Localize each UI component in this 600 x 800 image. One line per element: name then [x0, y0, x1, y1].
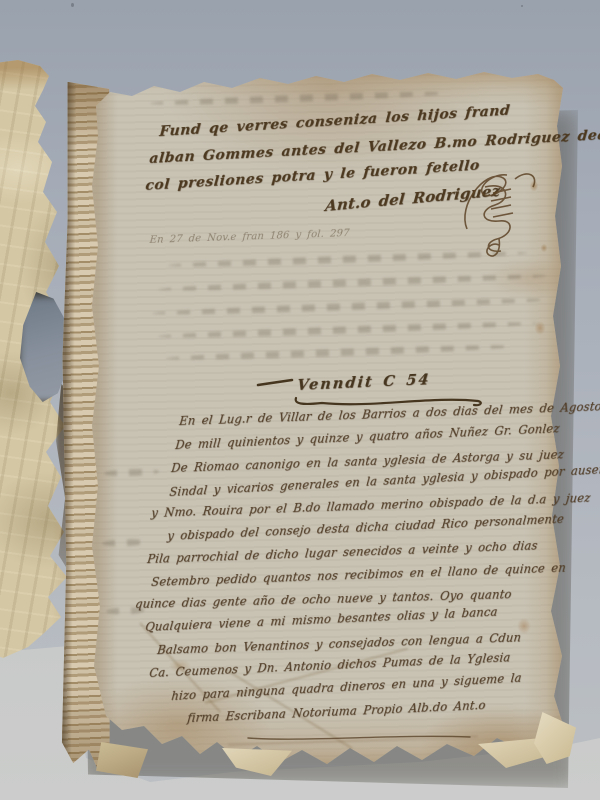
signature-rubric-flourish [455, 165, 550, 260]
wall-speck [521, 5, 523, 7]
manuscript-photo: Fund qe verres conseniza los hijos frand… [0, 0, 600, 800]
wall-speck [71, 3, 74, 7]
heading-dash-stroke [256, 376, 296, 390]
closing-underline-flourish [246, 730, 476, 744]
